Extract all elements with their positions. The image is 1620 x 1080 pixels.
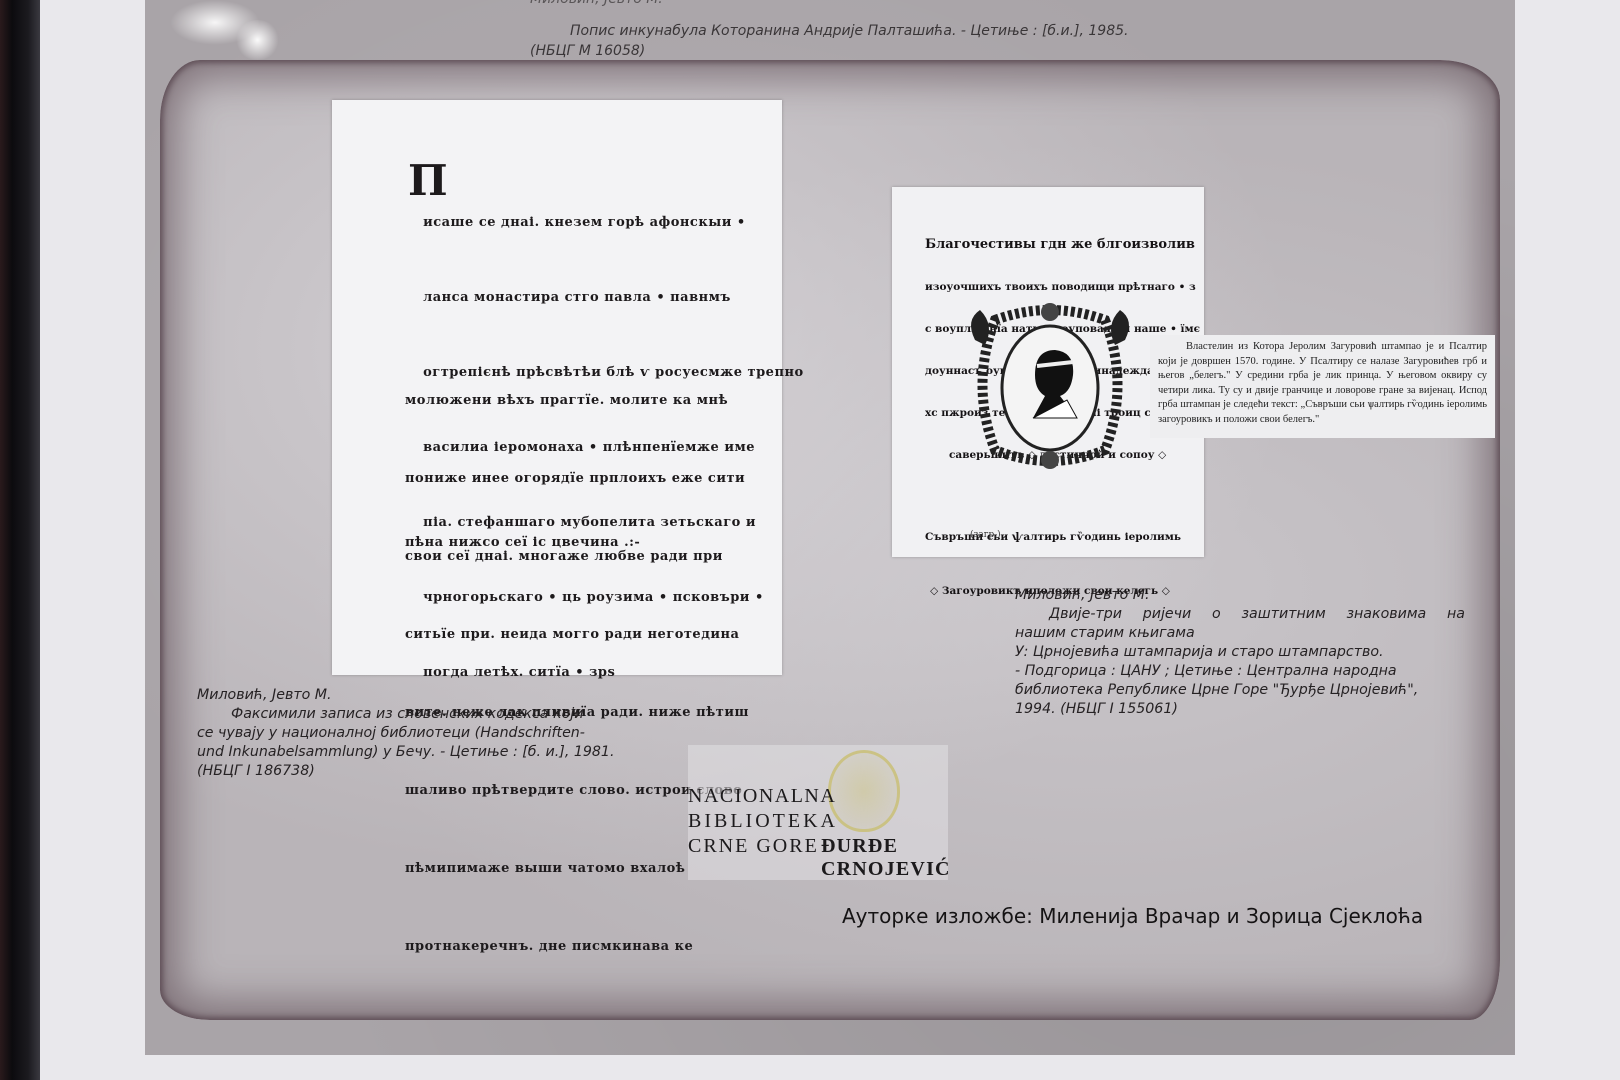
portrait-emblem-icon	[955, 300, 1145, 470]
manuscript-line: пониже инее огорядїе прплоихъ еже сити	[405, 466, 749, 492]
caption-line: und Inkunabelsammlung) у Бечу. - Цетиње …	[197, 743, 657, 762]
left-caption: Миловић, Јевто М. Факсимили записа из сл…	[197, 686, 657, 781]
caption-author: Миловић, Јевто М.	[530, 0, 663, 8]
logo-line-3: CRNE GORE	[688, 835, 819, 858]
printed-line: Благочестивы гдн же блгоизволив	[925, 238, 1175, 252]
printed-line: изоуочшихъ твоихъ поводищи прѣтнаго • з	[925, 280, 1175, 294]
manuscript-paragraph-2: молюжени вѣхъ прагтїе. молите ка мнѣ пон…	[405, 336, 749, 986]
caption-author: Миловић, Јевто М.	[197, 686, 657, 705]
explanation-text: Властелин из Котора Јеролим Загуровић шт…	[1158, 341, 1487, 425]
caption-line: нашим старим књигама	[1015, 624, 1465, 643]
caption-call-number: (НБЦГ М 16058)	[530, 42, 645, 60]
library-logo: NACIONALNA BIBLIOTEKA CRNE GORE ĐURĐE CR…	[688, 745, 948, 880]
caption-call-number: (НБЦГ І 186738)	[197, 762, 657, 781]
library-seal-icon	[828, 750, 900, 832]
logo-name-line-2: CRNOJEVIĆ	[821, 858, 951, 881]
printed-page-signature: (загр.)	[970, 530, 1001, 540]
caption-title: Попис инкунабула Которанина Андрије Палт…	[570, 22, 1128, 40]
manuscript-line: молюжени вѣхъ прагтїе. молите ка мнѣ	[405, 388, 749, 414]
explanation-note: Властелин из Котора Јеролим Загуровић шт…	[1150, 335, 1495, 438]
exhibition-authors: Ауторке изложбе: Миленија Врачар и Зориц…	[842, 904, 1423, 928]
manuscript-line: исаше се днаі. кнезем горѣ афонскыи •	[408, 210, 804, 235]
light-glare	[235, 20, 280, 60]
picture-frame-edge	[0, 0, 40, 1080]
caption-line: се чувају у националној библиотеци (Hand…	[197, 724, 657, 743]
caption-line: Факсимили записа из словенских кодекса к…	[197, 705, 657, 724]
caption-author: Миловић, Јевто М.	[1015, 586, 1465, 605]
caption-line: Двије-три ријечи о заштитним знаковима н…	[1015, 605, 1465, 624]
logo-line-2: BIBLIOTEKA	[688, 810, 838, 833]
printed-line: Съвръши сьи ѱалтирь гѷодинь іеролимь	[925, 528, 1175, 546]
caption-line: У: Црнојевића штампарија и старо штампар…	[1015, 643, 1465, 662]
caption-line: - Подгорица : ЦАНУ ; Цетиње : Централна …	[1015, 662, 1465, 681]
manuscript-line: протнакеречнъ. дне писмкинава ке	[405, 934, 749, 960]
caption-line: библиотека Републике Црне Горе "Ђурђе Цр…	[1015, 681, 1465, 700]
logo-line-1: NACIONALNA	[688, 785, 836, 808]
right-caption: Миловић, Јевто М. Двије-три ријечи о заш…	[1015, 586, 1465, 719]
manuscript-line: ситьїе при. неида могго ради неготедина	[405, 622, 749, 648]
logo-name-line-1: ĐURĐE	[821, 835, 898, 858]
caption-call-number: 1994. (НБЦГ І 155061)	[1015, 700, 1465, 719]
coat-of-arms-portrait	[955, 300, 1145, 470]
manuscript-closing-line: пѣна нижсо сеї іс цвечина .:-	[405, 530, 640, 555]
manuscript-line: ланса монастира стго павла • павнмъ	[408, 285, 804, 310]
